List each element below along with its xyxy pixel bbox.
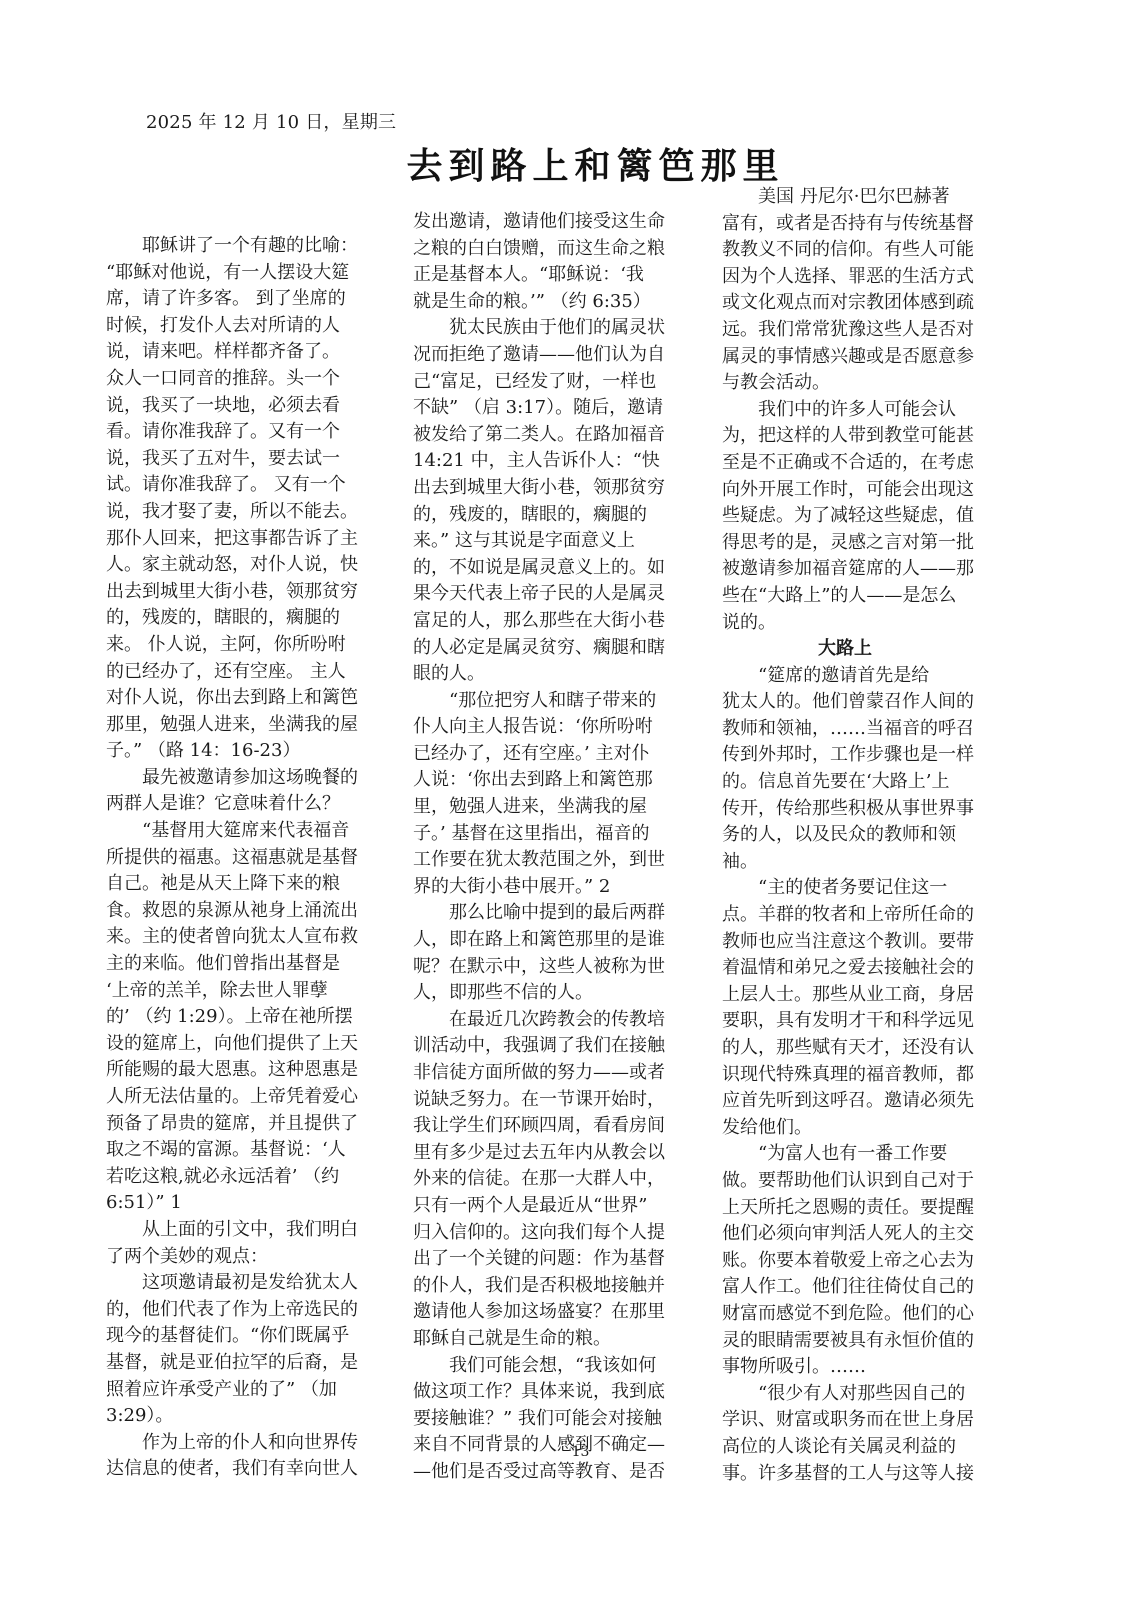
text-line: 富足的人，那么那些在大街小巷 bbox=[413, 608, 665, 635]
text-line: 时候，打发仆人去对所请的人 bbox=[106, 313, 358, 340]
text-line: 说，我买了五对牛，要去试一 bbox=[106, 446, 358, 473]
text-line: 因为个人选择、罪恶的生活方式 bbox=[722, 264, 974, 291]
text-line: 着温情和弟兄之爱去接触社会的 bbox=[722, 955, 974, 982]
publication-date: 2025 年 12 月 10 日，星期三 bbox=[146, 108, 396, 134]
text-line: 耶稣讲了一个有趣的比喻： bbox=[106, 233, 358, 260]
text-line: 耶稣自己就是生命的粮。 bbox=[413, 1326, 665, 1353]
text-line: 财富而感觉不到危险。他们的心 bbox=[722, 1301, 974, 1328]
text-line: 被邀请参加福音筵席的人——那 bbox=[722, 556, 974, 583]
text-line: 最先被邀请参加这场晚餐的 bbox=[106, 765, 358, 792]
text-line: 教教义不同的信仰。有些人可能 bbox=[722, 237, 974, 264]
text-line: 与教会活动。 bbox=[722, 370, 974, 397]
text-line: 的，不如说是属灵意义上的。如 bbox=[413, 555, 665, 582]
text-line: 不缺” （启 3:17）。随后，邀请 bbox=[413, 395, 665, 422]
text-line: 做。要帮助他们认识到自己对于 bbox=[722, 1168, 974, 1195]
text-line: 发给他们。 bbox=[722, 1115, 974, 1142]
text-line: 说，请来吧。样样都齐备了。 bbox=[106, 339, 358, 366]
text-line: “那位把穷人和瞎子带来的 bbox=[413, 688, 665, 715]
text-line: 所提供的福惠。这福惠就是基督 bbox=[106, 845, 358, 872]
text-line: 些疑虑。为了减轻这些疑虑，值 bbox=[722, 503, 974, 530]
text-line: 之粮的白白馈赠，而这生命之粮 bbox=[413, 236, 665, 263]
text-line: 若吃这粮,就必永远活着’ （约 bbox=[106, 1164, 358, 1191]
text-line: 就是生命的粮。’” （约 6:35） bbox=[413, 289, 665, 316]
text-line: 呢？在默示中，这些人被称为世 bbox=[413, 954, 665, 981]
text-line: 人，即那些不信的人。 bbox=[413, 980, 665, 1007]
text-line: 传到外邦时，工作步骤也是一样 bbox=[722, 742, 974, 769]
text-line: 正是基督本人。“耶稣说：‘我 bbox=[413, 262, 665, 289]
section-heading: 大路上 bbox=[722, 636, 974, 663]
text-line: 眼的人。 bbox=[413, 661, 665, 688]
text-line: “主的使者务要记住这一 bbox=[722, 875, 974, 902]
text-line: “基督用大筵席来代表福音 bbox=[106, 818, 358, 845]
text-line: 犹太民族由于他们的属灵状 bbox=[413, 315, 665, 342]
text-line: 仆人向主人报告说：‘你所吩咐 bbox=[413, 714, 665, 741]
text-line: “筵席的邀请首先是给 bbox=[722, 663, 974, 690]
text-line: 看。请你准我辞了。又有一个 bbox=[106, 419, 358, 446]
text-line: 里，勉强人进来，坐满我的屋 bbox=[413, 794, 665, 821]
text-line: 人所无法估量的。上帝凭着爱心 bbox=[106, 1084, 358, 1111]
text-line: 来。” 这与其说是字面意义上 bbox=[413, 528, 665, 555]
text-line: 人。家主就动怒，对仆人说，快 bbox=[106, 552, 358, 579]
text-line: 那里，勉强人进来，坐满我的屋 bbox=[106, 712, 358, 739]
text-line: 所能赐的最大恩惠。这种恩惠是 bbox=[106, 1057, 358, 1084]
text-line: 账。你要本着敬爱上帝之心去为 bbox=[722, 1248, 974, 1275]
text-line: 应首先听到这呼召。邀请必须先 bbox=[722, 1088, 974, 1115]
text-line: 那么比喻中提到的最后两群 bbox=[413, 900, 665, 927]
text-line: 为，把这样的人带到教堂可能甚 bbox=[722, 423, 974, 450]
text-line: 的’ （约 1:29）。上帝在祂所摆 bbox=[106, 1004, 358, 1031]
text-line: 的，他们代表了作为上帝选民的 bbox=[106, 1297, 358, 1324]
text-line: 说，我才娶了妻，所以不能去。 bbox=[106, 499, 358, 526]
text-line: 得思考的是，灵感之言对第一批 bbox=[722, 530, 974, 557]
text-line: 学识、财富或职务而在世上身居 bbox=[722, 1407, 974, 1434]
text-line: 识现代特殊真理的福音教师，都 bbox=[722, 1062, 974, 1089]
text-line: 那仆人回来，把这事都告诉了主 bbox=[106, 526, 358, 553]
text-line: 外来的信徒。在那一大群人中， bbox=[413, 1166, 665, 1193]
text-line: 里有多少是过去五年内从教会以 bbox=[413, 1140, 665, 1167]
text-line: 说，我买了一块地，必须去看 bbox=[106, 393, 358, 420]
text-line: 他们必须向审判活人死人的主交 bbox=[722, 1221, 974, 1248]
text-line: 的人，那些赋有天才，还没有认 bbox=[722, 1035, 974, 1062]
text-line: 取之不竭的富源。基督说：‘人 bbox=[106, 1137, 358, 1164]
text-line: 向外开展工作时，可能会出现这 bbox=[722, 477, 974, 504]
text-line: 人说：‘你出去到路上和篱笆那 bbox=[413, 767, 665, 794]
text-line: 从上面的引文中，我们明白 bbox=[106, 1217, 358, 1244]
text-line: “耶稣对他说，有一人摆设大筵 bbox=[106, 260, 358, 287]
text-line: 的，残废的，瞎眼的，瘸腿的 bbox=[106, 605, 358, 632]
column-3-body: 富有，或者是否持有与传统基督教教义不同的信仰。有些人可能因为个人选择、罪恶的生活… bbox=[722, 211, 974, 637]
text-line: 邀请他人参加这场盛宴？在那里 bbox=[413, 1299, 665, 1326]
text-line: 被发给了第二类人。在路加福音 bbox=[413, 422, 665, 449]
text-line: 子。’ 基督在这里指出，福音的 bbox=[413, 821, 665, 848]
column-2-lines: 发出邀请，邀请他们接受这生命之粮的白白馈赠，而这生命之粮正是基督本人。“耶稣说：… bbox=[413, 209, 665, 1486]
text-line: 教师和领袖，……当福音的呼召 bbox=[722, 716, 974, 743]
text-line: 上天所托之恩赐的责任。要提醒 bbox=[722, 1195, 974, 1222]
text-line: 些在“大路上”的人——是怎么 bbox=[722, 583, 974, 610]
text-line: 工作要在犹太教范围之外，到世 bbox=[413, 847, 665, 874]
text-line: 的仆人，我们是否积极地接触并 bbox=[413, 1273, 665, 1300]
text-line: 果今天代表上帝子民的人是属灵 bbox=[413, 581, 665, 608]
text-line: 的，残废的，瞎眼的，瘸腿的 bbox=[413, 502, 665, 529]
text-line: 试。请你准我辞了。 又有一个 bbox=[106, 472, 358, 499]
text-line: 照着应许承受产业的了” （加 bbox=[106, 1377, 358, 1404]
text-line: 两群人是谁？它意味着什么？ bbox=[106, 791, 358, 818]
text-line: 基督，就是亚伯拉罕的后裔，是 bbox=[106, 1350, 358, 1377]
text-line: 的。信息首先要在‘大路上’上 bbox=[722, 769, 974, 796]
text-line: 袖。 bbox=[722, 849, 974, 876]
text-line: 在最近几次跨教会的传教培 bbox=[413, 1007, 665, 1034]
text-line: 点。羊群的牧者和上帝所任命的 bbox=[722, 902, 974, 929]
text-line: 富有，或者是否持有与传统基督 bbox=[722, 211, 974, 238]
text-line: 来。 仆人说，主阿，你所吩咐 bbox=[106, 632, 358, 659]
text-line: 人，即在路上和篱笆那里的是谁 bbox=[413, 927, 665, 954]
text-line: 况而拒绝了邀请——他们认为自 bbox=[413, 342, 665, 369]
text-line: 自己。祂是从天上降下来的粮 bbox=[106, 871, 358, 898]
text-line: 归入信仰的。这向我们每个人提 bbox=[413, 1220, 665, 1247]
text-line: 或文化观点而对宗教团体感到疏 bbox=[722, 290, 974, 317]
text-line: 3:29）。 bbox=[106, 1403, 358, 1430]
text-line: 至是不正确或不合适的，在考虑 bbox=[722, 450, 974, 477]
text-line: 要职，具有发明才干和科学远见 bbox=[722, 1008, 974, 1035]
text-line: 出了一个关键的问题：作为基督 bbox=[413, 1246, 665, 1273]
article-title: 去到路上和篱笆那里 bbox=[0, 138, 1131, 189]
text-line: 这项邀请最初是发给犹太人 bbox=[106, 1270, 358, 1297]
text-line: 非信徒方面所做的努力——或者 bbox=[413, 1060, 665, 1087]
text-line: 灵的眼睛需要被具有永恒价值的 bbox=[722, 1328, 974, 1355]
text-line: 对仆人说，你出去到路上和篱笆 bbox=[106, 685, 358, 712]
text-line: 富人作工。他们往往倚仗自己的 bbox=[722, 1274, 974, 1301]
page-number: 13 bbox=[0, 1444, 1131, 1460]
text-line: 属灵的事情感兴趣或是否愿意参 bbox=[722, 344, 974, 371]
author-byline: 美国 丹尼尔·巴尔巴赫著 bbox=[722, 184, 974, 211]
text-line: 事。许多基督的工人与这等人接 bbox=[722, 1461, 974, 1488]
text-line: 界的大街小巷中展开。” 2 bbox=[413, 874, 665, 901]
text-line: ‘上帝的羔羊，除去世人罪孽 bbox=[106, 978, 358, 1005]
text-line: 子。” （路 14：16-23） bbox=[106, 738, 358, 765]
text-line: —他们是否受过高等教育、是否 bbox=[413, 1459, 665, 1486]
text-line: 要接触谁？” 我们可能会对接触 bbox=[413, 1406, 665, 1433]
text-line: 了两个美妙的观点： bbox=[106, 1244, 358, 1271]
text-line: 的已经办了，还有空座。 主人 bbox=[106, 659, 358, 686]
text-line: 预备了昂贵的筵席，并且提供了 bbox=[106, 1111, 358, 1138]
text-line: 我们中的许多人可能会认 bbox=[722, 397, 974, 424]
text-line: 说缺乏努力。在一节课开始时， bbox=[413, 1087, 665, 1114]
text-line: 教师也应当注意这个教训。要带 bbox=[722, 929, 974, 956]
text-line: 只有一两个人是最近从“世界” bbox=[413, 1193, 665, 1220]
column-3-lines: 美国 丹尼尔·巴尔巴赫著 富有，或者是否持有与传统基督教教义不同的信仰。有些人可… bbox=[722, 184, 974, 1487]
text-line: 训活动中，我强调了我们在接触 bbox=[413, 1033, 665, 1060]
text-line: 传开，传给那些积极从事世界事 bbox=[722, 796, 974, 823]
column-1-lines: 耶稣讲了一个有趣的比喻：“耶稣对他说，有一人摆设大筵席，请了许多客。 到了坐席的… bbox=[106, 233, 358, 1483]
text-line: 现今的基督徒们。“你们既属乎 bbox=[106, 1323, 358, 1350]
text-line: “很少有人对那些因自己的 bbox=[722, 1381, 974, 1408]
text-line: 务的人，以及民众的教师和领 bbox=[722, 822, 974, 849]
text-line: 发出邀请，邀请他们接受这生命 bbox=[413, 209, 665, 236]
text-line: 说的。 bbox=[722, 610, 974, 637]
column-3-body-after-heading: “筵席的邀请首先是给犹太人的。他们曾蒙召作人间的教师和领袖，……当福音的呼召传到… bbox=[722, 663, 974, 1487]
text-line: 出去到城里大街小巷，领那贫穷 bbox=[413, 475, 665, 502]
text-line: 众人一口同音的推辞。头一个 bbox=[106, 366, 358, 393]
text-line: 14:21 中，主人告诉仆人：“快 bbox=[413, 448, 665, 475]
text-line: 己“富足，已经发了财，一样也 bbox=[413, 369, 665, 396]
text-line: 我让学生们环顾四周，看看房间 bbox=[413, 1113, 665, 1140]
text-line: 来。主的使者曾向犹太人宣布救 bbox=[106, 924, 358, 951]
text-line: 达信息的使者，我们有幸向世人 bbox=[106, 1456, 358, 1483]
text-line: 食。救恩的泉源从祂身上涌流出 bbox=[106, 898, 358, 925]
text-line: “为富人也有一番工作要 bbox=[722, 1141, 974, 1168]
text-line: 的人必定是属灵贫穷、瘸腿和瞎 bbox=[413, 635, 665, 662]
text-line: 出去到城里大街小巷，领那贫穷 bbox=[106, 579, 358, 606]
text-line: 主的来临。他们曾指出基督是 bbox=[106, 951, 358, 978]
text-line: 事物所吸引。…… bbox=[722, 1354, 974, 1381]
text-line: 6:51）” 1 bbox=[106, 1190, 358, 1217]
text-line: 我们可能会想，“我该如何 bbox=[413, 1353, 665, 1380]
text-line: 犹太人的。他们曾蒙召作人间的 bbox=[722, 689, 974, 716]
text-line: 做这项工作？具体来说，我到底 bbox=[413, 1379, 665, 1406]
text-line: 上层人士。那些从业工商，身居 bbox=[722, 982, 974, 1009]
text-line: 已经办了，还有空座。’ 主对仆 bbox=[413, 741, 665, 768]
text-line: 席，请了许多客。 到了坐席的 bbox=[106, 286, 358, 313]
text-line: 设的筵席上，向他们提供了上天 bbox=[106, 1031, 358, 1058]
text-line: 远。我们常常犹豫这些人是否对 bbox=[722, 317, 974, 344]
